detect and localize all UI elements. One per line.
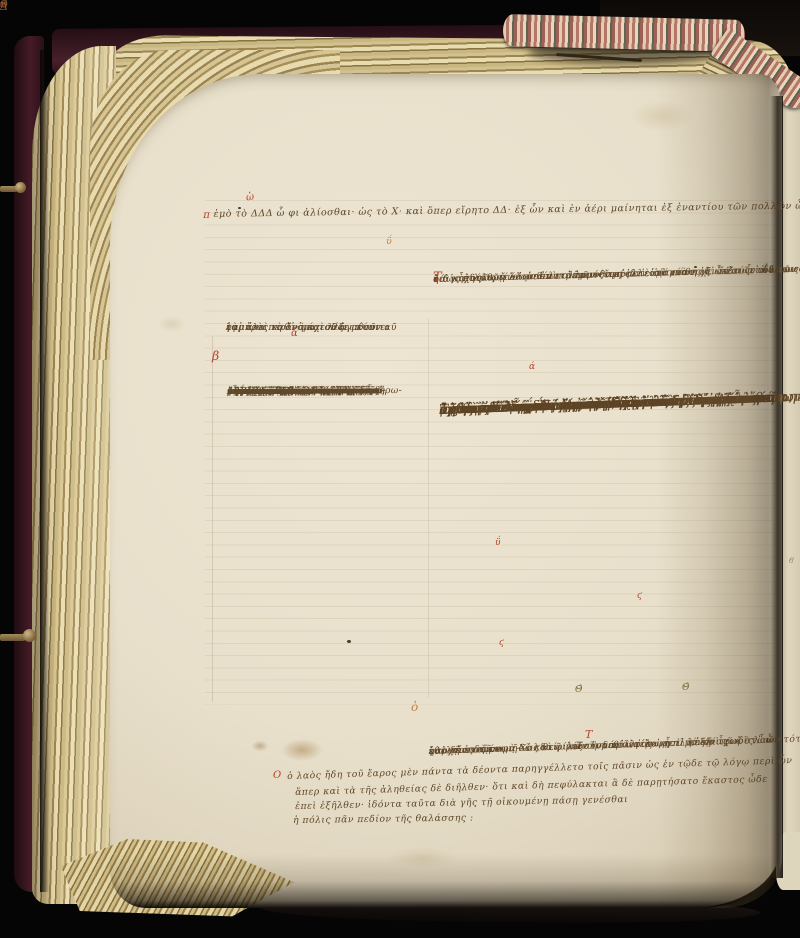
rubric-mark: Τ — [585, 728, 592, 741]
clasp-pin-head — [15, 182, 26, 193]
rubric-siglum-left: ἀ — [291, 328, 298, 339]
scholia-left-column: ὅτι τὸ δόρυ ἐν ταῖς χερσὶ τοῦ ἥρω-ος οἱο… — [227, 349, 240, 386]
iliad-verse-block: οὐ γὰρ Τυδεΐδεω Διομήδεος ἐν παλάμῃσιμαί… — [436, 317, 458, 396]
scholia-line: σηΐδα σὺν δώροις θαυμαστοῖς· — [227, 385, 382, 398]
clasp-pin-head — [23, 629, 36, 642]
header-scholion-line: πἐμὸ τὸ ΔΔΔ ὦ φι ἀλίοσθαι· ὡς τὸ Χ· καὶ … — [203, 209, 214, 221]
column-rule-left — [212, 336, 213, 702]
rubric-initial-footer: Ο — [273, 770, 281, 781]
manuscript-photo: ὡ πἐμὸ τὸ ΔΔΔ ὦ φι ἀλίοσθαι· ὡς τὸ Χ· κα… — [0, 0, 800, 938]
rubric-initial-bottom-right: ὁ — [411, 700, 418, 714]
rubric-mark: ΰ — [386, 236, 392, 247]
rubric-initial-beta: β — [212, 348, 219, 363]
clasp-pin-stem — [0, 634, 25, 641]
rubric-mark: ά — [529, 362, 535, 372]
note-line: ἐφ᾽ ἅλα περᾶν μάχεσθαι μέσον : — [226, 322, 388, 335]
ink-speck — [347, 640, 351, 643]
rubric-mark: ϛ — [637, 591, 642, 601]
column-rule-right — [428, 318, 429, 698]
rubric-initial: π — [203, 209, 211, 221]
scholia-top-right-block: ἢ ἀγαπητῶς ὤν· οὐ θέλει ἵππους τρέφειν· … — [432, 236, 447, 275]
left-margin-note: γὰρ ἐπεὶ τὸ ὄνομα τοῦ ἀγαθοῦ ταῦλαμπρὸς … — [226, 284, 239, 322]
theta-mark: Θ̑ — [682, 683, 689, 693]
rubric-mark: ΰ — [495, 538, 500, 548]
rubric-siglum-top: ὡ — [245, 191, 255, 203]
scholia-bottom-right-block: ἐθέλουσι τῇ τιμῇ· ὡς θεῷ ῥέξουσι πόλλ᾽ ἵ… — [427, 702, 443, 745]
cover-seam-shadow — [40, 50, 49, 892]
rubric-mark: ϛ — [499, 638, 504, 648]
headband — [503, 14, 746, 52]
theta-mark: Θ̑ — [575, 685, 582, 695]
rubric-tau-margin: Τ — [433, 270, 442, 285]
